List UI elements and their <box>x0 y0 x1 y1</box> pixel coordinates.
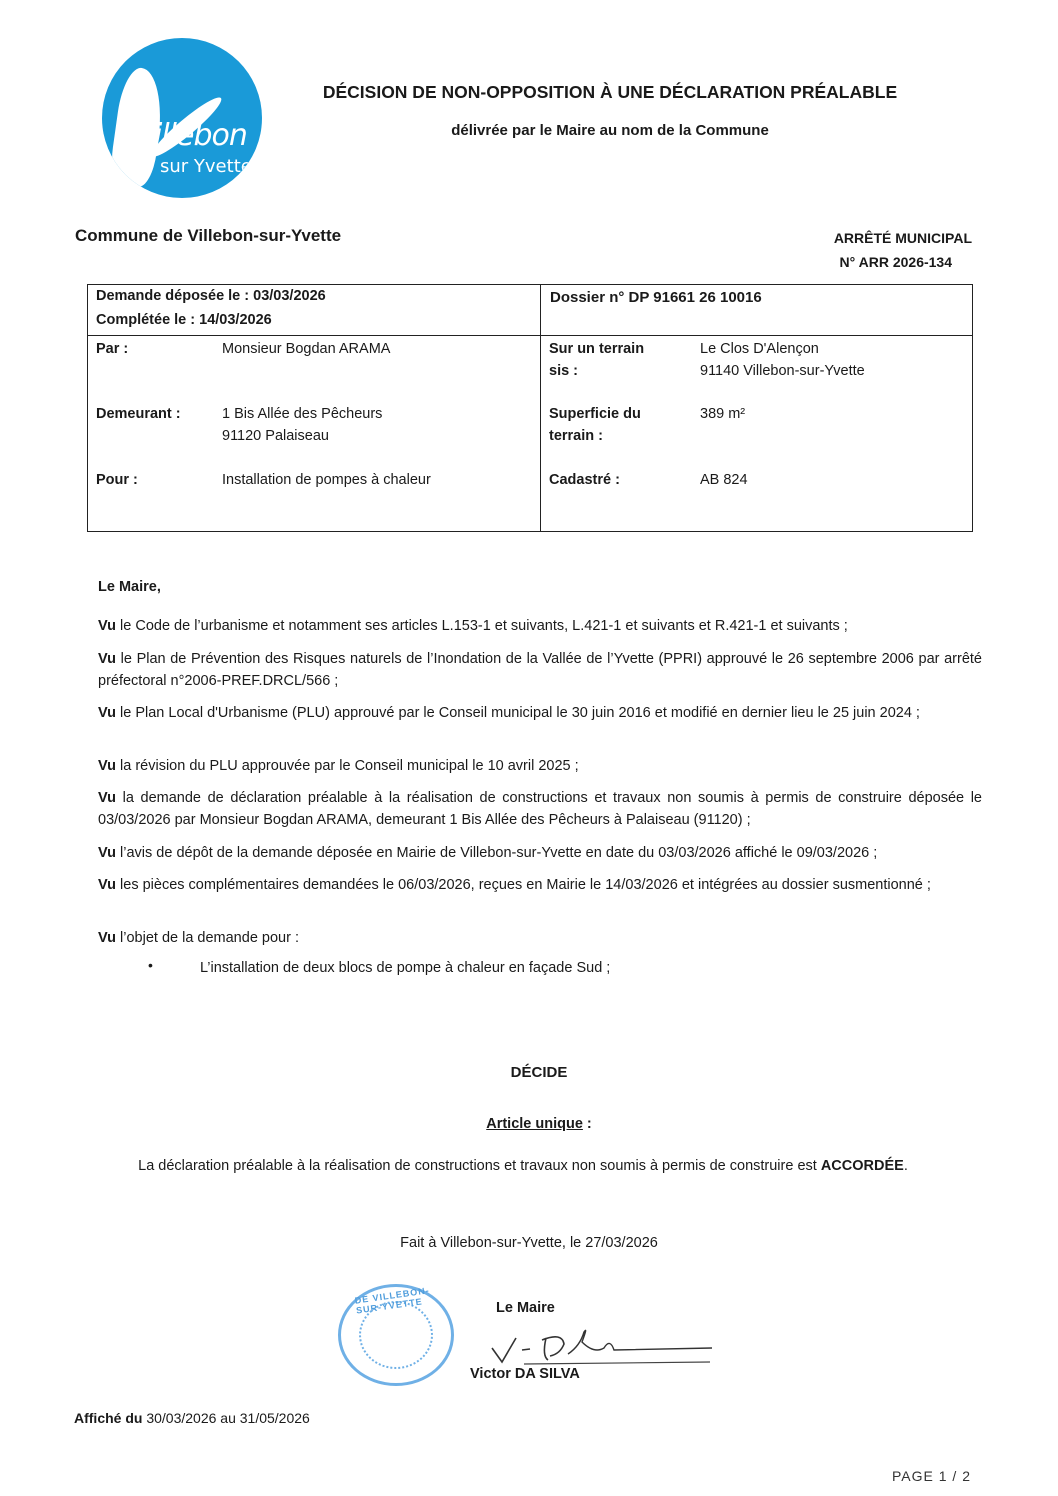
considerant-6: Vu l’avis de dépôt de la demande déposée… <box>98 842 982 864</box>
terrain-label-1: Sur un terrain <box>549 338 644 360</box>
demeurant-label: Demeurant : <box>96 403 181 425</box>
decision-text: La déclaration préalable à la réalisatio… <box>0 1158 1046 1174</box>
document-title: DÉCISION DE NON-OPPOSITION À UNE DÉCLARA… <box>290 82 930 103</box>
demeurant-line1: 1 Bis Allée des Pêcheurs <box>222 403 382 425</box>
par-label: Par : <box>96 338 128 360</box>
pour-label: Pour : <box>96 469 138 491</box>
logo-word-sur-yvette: sur Yvette <box>160 156 252 177</box>
pour-value: Installation de pompes à chaleur <box>222 469 431 491</box>
article-heading: Article unique : <box>0 1116 1058 1132</box>
page-number: PAGE 1 / 2 <box>892 1468 971 1484</box>
demeurant-line2: 91120 Palaiseau <box>222 425 329 447</box>
place-date: Fait à Villebon-sur-Yvette, le 27/03/202… <box>0 1235 1058 1251</box>
superficie-label-1: Superficie du <box>549 403 641 425</box>
arrete-number: N° ARR 2026-134 <box>840 254 952 270</box>
superficie-label-2: terrain : <box>549 425 603 447</box>
commune-name: Commune de Villebon-sur-Yvette <box>75 226 341 246</box>
official-stamp: DE VILLEBON-SUR-YVETTE <box>338 1284 454 1386</box>
terrain-label-2: sis : <box>549 360 578 382</box>
date-deposee: Demande déposée le : 03/03/2026 <box>96 285 326 307</box>
document-subtitle: délivrée par le Maire au nom de la Commu… <box>290 122 930 139</box>
decision-result: ACCORDÉE <box>821 1158 904 1174</box>
arrete-label: ARRÊTÉ MUNICIPAL <box>834 230 972 246</box>
considerant-7: Vu les pièces complémentaires demandées … <box>98 874 982 896</box>
handwritten-signature <box>484 1318 714 1368</box>
bullet-icon: • <box>148 957 153 973</box>
intro-le-maire: Le Maire, <box>98 576 982 598</box>
date-completee: Complétée le : 14/03/2026 <box>96 309 272 331</box>
dossier-number: Dossier n° DP 91661 26 10016 <box>550 287 762 309</box>
signatory-name: Victor DA SILVA <box>470 1366 580 1382</box>
considerant-1: Vu le Code de l’urbanisme et notamment s… <box>98 615 982 637</box>
considerant-5: Vu la demande de déclaration préalable à… <box>98 787 982 831</box>
logo-word-villebon: illebon <box>154 118 247 153</box>
decide-heading: DÉCIDE <box>0 1064 1058 1081</box>
villebon-logo: illebon sur Yvette <box>102 38 262 198</box>
cadastre-value: AB 824 <box>700 469 748 491</box>
considerant-2: Vu le Plan de Prévention des Risques nat… <box>98 648 982 692</box>
considerant-3: Vu le Plan Local d'Urbanisme (PLU) appro… <box>98 702 982 724</box>
considerant-8: Vu l’objet de la demande pour : <box>98 927 982 949</box>
bullet-item: L’installation de deux blocs de pompe à … <box>200 957 610 979</box>
superficie-value: 389 m² <box>700 403 745 425</box>
considerant-4: Vu la révision du PLU approuvée par le C… <box>98 755 982 777</box>
signatory-title: Le Maire <box>496 1300 555 1316</box>
request-info-table: Demande déposée le : 03/03/2026 Complété… <box>87 284 973 532</box>
posting-period: Affiché du 30/03/2026 au 31/05/2026 <box>74 1410 310 1426</box>
terrain-line1: Le Clos D'Alençon <box>700 338 819 360</box>
par-value: Monsieur Bogdan ARAMA <box>222 338 390 360</box>
cadastre-label: Cadastré : <box>549 469 620 491</box>
terrain-line2: 91140 Villebon-sur-Yvette <box>700 360 865 382</box>
